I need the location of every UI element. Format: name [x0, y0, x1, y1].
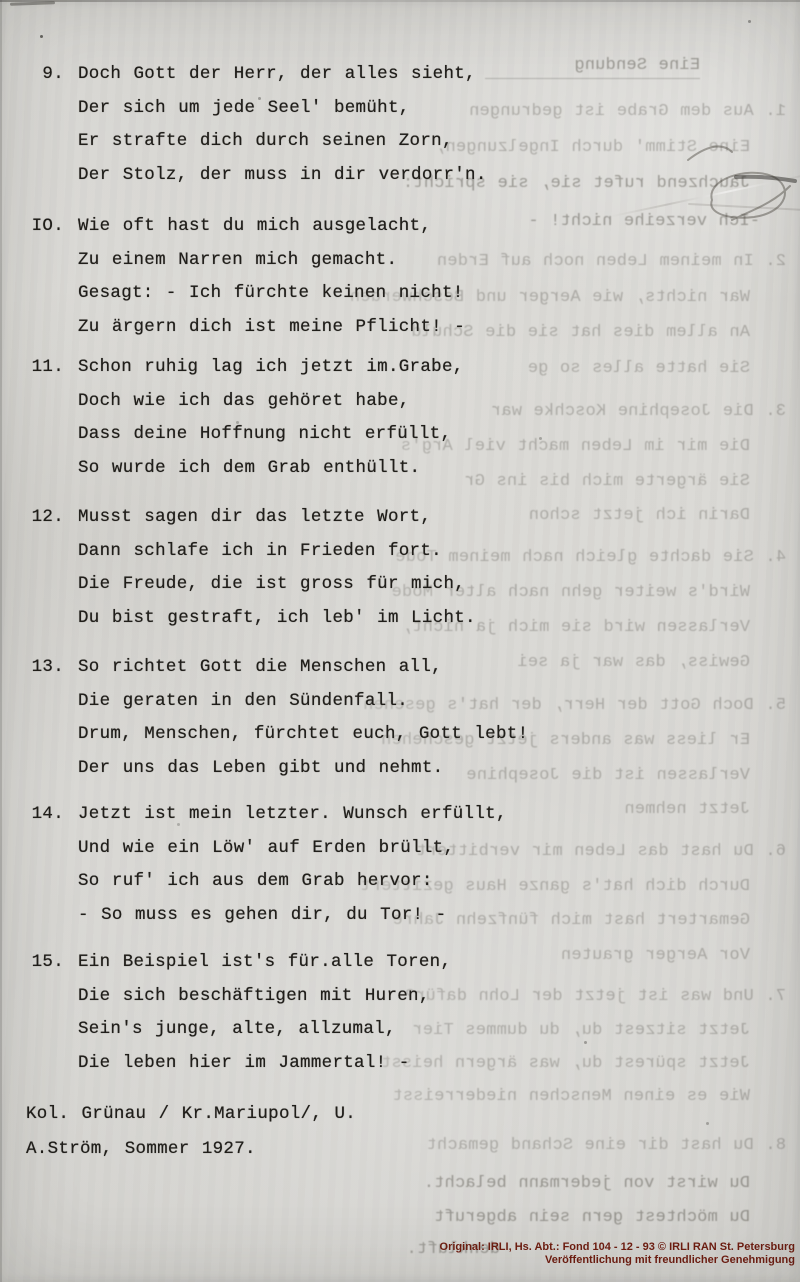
- poem-line: Zu ärgern dich ist meine Pflicht! -: [30, 311, 465, 345]
- poem-line: So ruf' ich aus dem Grab hervor:: [30, 865, 507, 899]
- bleedthrough-line: 8. Du hast dir eine Schand gemacht: [426, 1136, 786, 1156]
- stanza-number: 9.: [30, 58, 64, 92]
- scan-edge-mark: [10, 1, 55, 6]
- poem-line: - So muss es gehen dir, du Tor! -: [30, 899, 507, 933]
- bleedthrough-line: Darin ich jetzt schon: [529, 506, 750, 526]
- poem-line: 13.So richtet Gott die Menschen all,: [30, 651, 528, 685]
- poem-line-text: Schon ruhig lag ich jetzt im.Grabe,: [78, 357, 464, 377]
- poem-line: 14.Jetzt ist mein letzter. Wunsch erfüll…: [30, 798, 507, 832]
- poem-line: Doch wie ich das gehöret habe,: [30, 385, 464, 419]
- poem-line: 9.Doch Gott der Herr, der alles sieht,: [30, 58, 487, 92]
- scanned-page: Eine Sendung 1. Aus dem Grabe ist gedrun…: [0, 0, 800, 1282]
- colophon-author-date: A.Ström, Sommer 1927.: [26, 1132, 356, 1167]
- poem-line: 11.Schon ruhig lag ich jetzt im.Grabe,: [30, 351, 464, 385]
- poem-line-text: Doch Gott der Herr, der alles sieht,: [78, 64, 476, 84]
- stanza-number: 12.: [30, 501, 64, 535]
- poem-line-text: So richtet Gott die Menschen all,: [78, 657, 442, 677]
- bleedthrough-line: 2. In meinem Leben noch auf Erden: [437, 252, 786, 272]
- poem-line-text: Ein Beispiel ist's für.alle Toren,: [78, 952, 451, 972]
- bleedthrough-line: Du möchtest gern sein abgeruft: [434, 1208, 750, 1228]
- stanza-number: IO.: [30, 210, 64, 244]
- bleedthrough-line: Jetzt sitzest du, du dummes Tier: [412, 1021, 750, 1041]
- poem-line: Der Stolz, der muss in dir verdorr'n.: [30, 159, 487, 193]
- poem-line: Dass deine Hoffnung nicht erfüllt,: [30, 418, 464, 452]
- bleedthrough-line: Wie es einen Menschen niederreisst: [392, 1087, 750, 1107]
- bleedthrough-title-text: Eine Sendung: [485, 56, 700, 79]
- stanza-number: 11.: [30, 351, 64, 385]
- poem-line: Drum, Menschen, fürchtet euch, Gott lebt…: [30, 718, 528, 752]
- paper-specks: [40, 35, 43, 38]
- stanza-15: 15.Ein Beispiel ist's für.alle Toren, Di…: [30, 946, 451, 1080]
- bleedthrough-line: Gewiss, das war ja sei: [517, 653, 750, 673]
- bleedthrough-title: Eine Sendung: [485, 56, 700, 79]
- poem-line: So wurde ich dem Grab enthüllt.: [30, 452, 464, 486]
- poem-line: Und wie ein Löw' auf Erden brüllt,: [30, 832, 507, 866]
- stanza-number: 15.: [30, 946, 64, 980]
- stanza-12: 12.Musst sagen dir das letzte Wort, Dann…: [30, 501, 476, 635]
- poem-line: Die leben hier im Jammertal! -: [30, 1047, 451, 1081]
- poem-line: Sein's junge, alte, allzumal,: [30, 1013, 451, 1047]
- poem-line: Der uns das Leben gibt und nehmt.: [30, 752, 528, 786]
- poem-line: 15.Ein Beispiel ist's für.alle Toren,: [30, 946, 451, 980]
- archive-credit-line2: Veröffentlichung mit freundlicher Genehm…: [440, 1254, 795, 1267]
- bleedthrough-line: Sie hatte alles so ge: [528, 359, 750, 379]
- poem-line: 12.Musst sagen dir das letzte Wort,: [30, 501, 476, 535]
- colophon: Kol. Grünau / Kr.Mariupol/, U. A.Ström, …: [26, 1097, 356, 1167]
- stanza-9: 9.Doch Gott der Herr, der alles sieht, D…: [30, 58, 487, 192]
- ink-smudges: [676, 124, 800, 236]
- poem-line-text: Musst sagen dir das letzte Wort,: [78, 507, 431, 527]
- archive-credit: Original: IRLI, Hs. Abt.: Fond 104 - 12 …: [440, 1241, 795, 1267]
- scan-edge-top: [0, 0, 800, 2]
- poem-line: Der sich um jede Seel' bemüht,: [30, 92, 487, 126]
- bleedthrough-line: Jetzt nehmen: [624, 800, 750, 820]
- bleedthrough-line: Sie ärgerte mich bis ins Gr: [464, 472, 750, 492]
- poem-line: Gesagt: - Ich fürchte keinen nicht!: [30, 277, 465, 311]
- poem-line-text: Jetzt ist mein letzter. Wunsch erfüllt,: [78, 804, 507, 824]
- bleedthrough-line: 3. Die Josephine Koschke war: [491, 402, 786, 422]
- bleedthrough-line: Vor Aerger grauten: [561, 946, 750, 966]
- stanza-number: 13.: [30, 651, 64, 685]
- scan-edge-left: [0, 0, 2, 1282]
- poem-line: Die sich beschäftigen mit Huren,: [30, 980, 451, 1014]
- poem-line: Zu einem Narren mich gemacht.: [30, 244, 465, 278]
- poem-line: Die Freude, die ist gross für mich,: [30, 568, 476, 602]
- stanza-11: 11.Schon ruhig lag ich jetzt im.Grabe, D…: [30, 351, 464, 485]
- archive-credit-line1: Original: IRLI, Hs. Abt.: Fond 104 - 12 …: [440, 1241, 795, 1254]
- poem-line: Er strafte dich durch seinen Zorn,: [30, 125, 487, 159]
- stanza-number: 14.: [30, 798, 64, 832]
- poem-line-text: Wie oft hast du mich ausgelacht,: [78, 216, 431, 236]
- bleedthrough-line: 1. Aus dem Grabe ist gedrungen: [469, 102, 786, 122]
- bleedthrough-line: 7. Und was ist jetzt der Lohn dafür?: [405, 987, 786, 1007]
- poem-line: Dann schlafe ich in Frieden fort.: [30, 535, 476, 569]
- bleedthrough-line: Du wirst von jedermann belacht.: [424, 1174, 750, 1194]
- stanza-14: 14.Jetzt ist mein letzter. Wunsch erfüll…: [30, 798, 507, 932]
- poem-line: IO.Wie oft hast du mich ausgelacht,: [30, 210, 465, 244]
- poem-line: Die geraten in den Sündenfall.: [30, 685, 528, 719]
- stanza-13: 13.So richtet Gott die Menschen all, Die…: [30, 651, 528, 785]
- colophon-place: Kol. Grünau / Kr.Mariupol/, U.: [26, 1097, 356, 1132]
- stanza-10: IO.Wie oft hast du mich ausgelacht, Zu e…: [30, 210, 465, 344]
- poem-line: Du bist gestraft, ich leb' im Licht.: [30, 602, 476, 636]
